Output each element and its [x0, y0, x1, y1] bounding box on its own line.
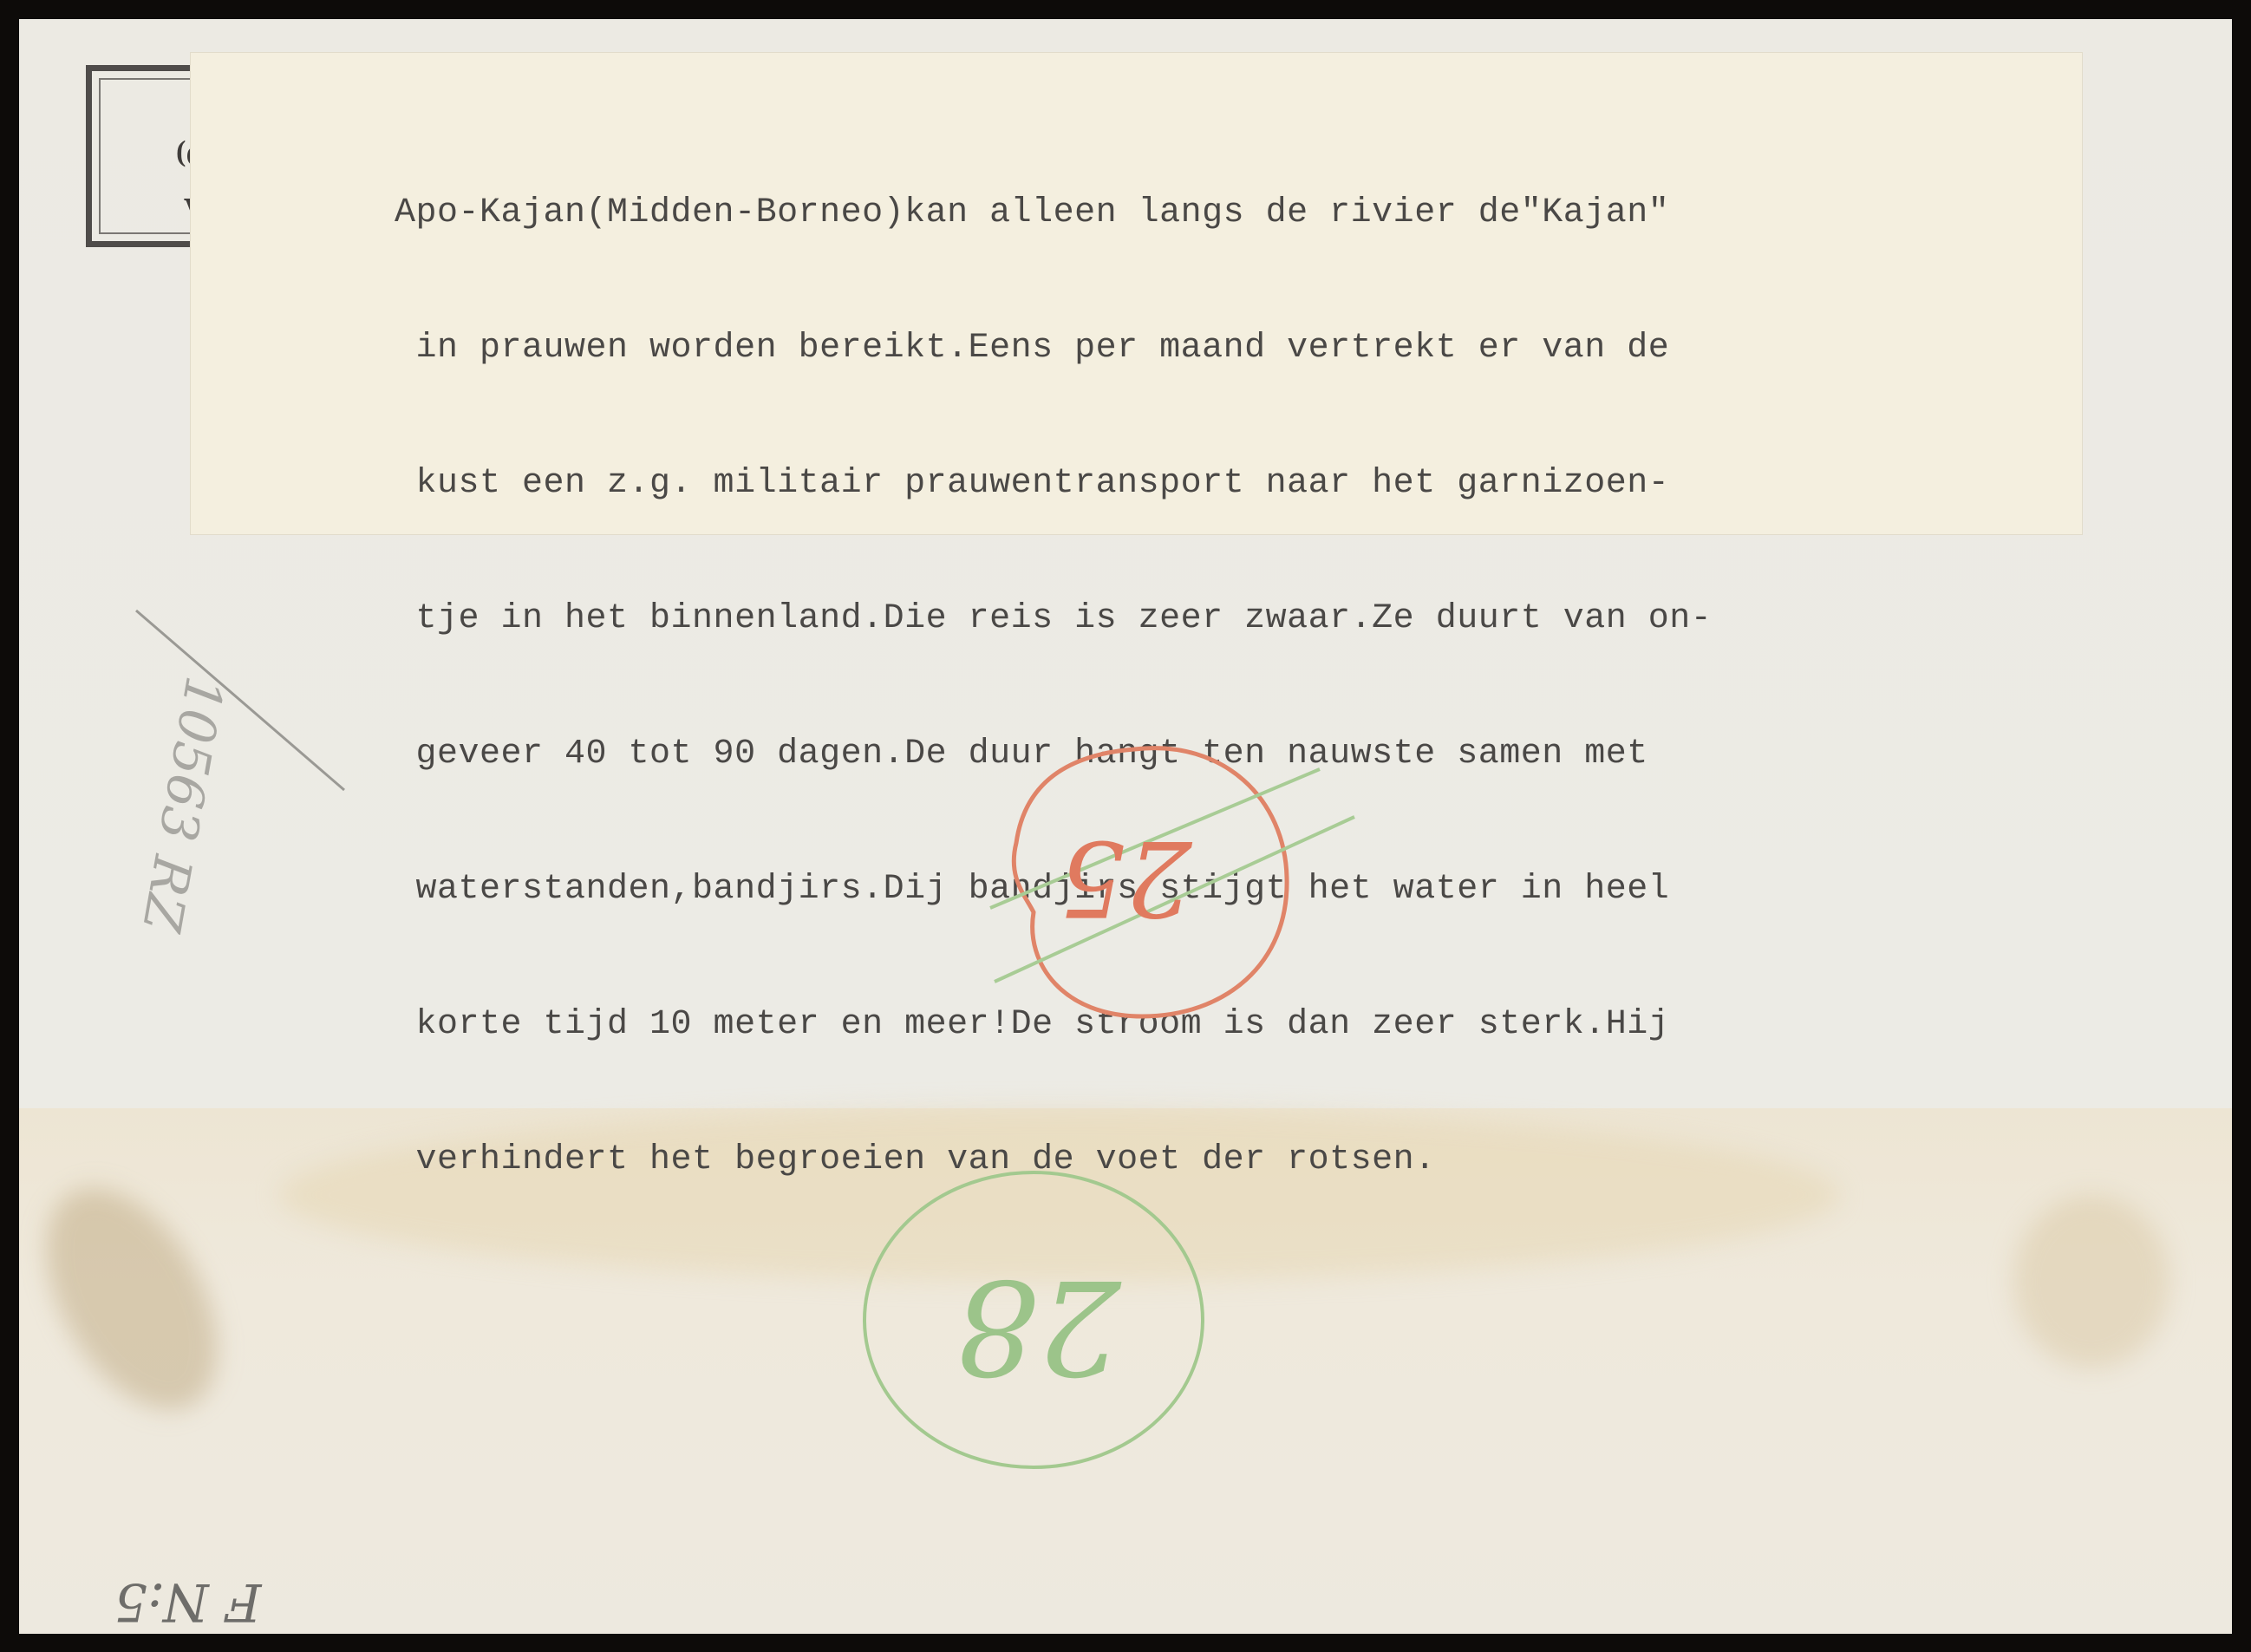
- green-circle-number: 28: [956, 1250, 1121, 1401]
- photo-verso: ..d. (..ND) MA Apo-Kajan(Midden-Borneo)k…: [19, 19, 2232, 1634]
- red-circle-number: 25: [1060, 817, 1192, 937]
- handwritten-note-bottom-left: F N:5: [114, 1571, 261, 1632]
